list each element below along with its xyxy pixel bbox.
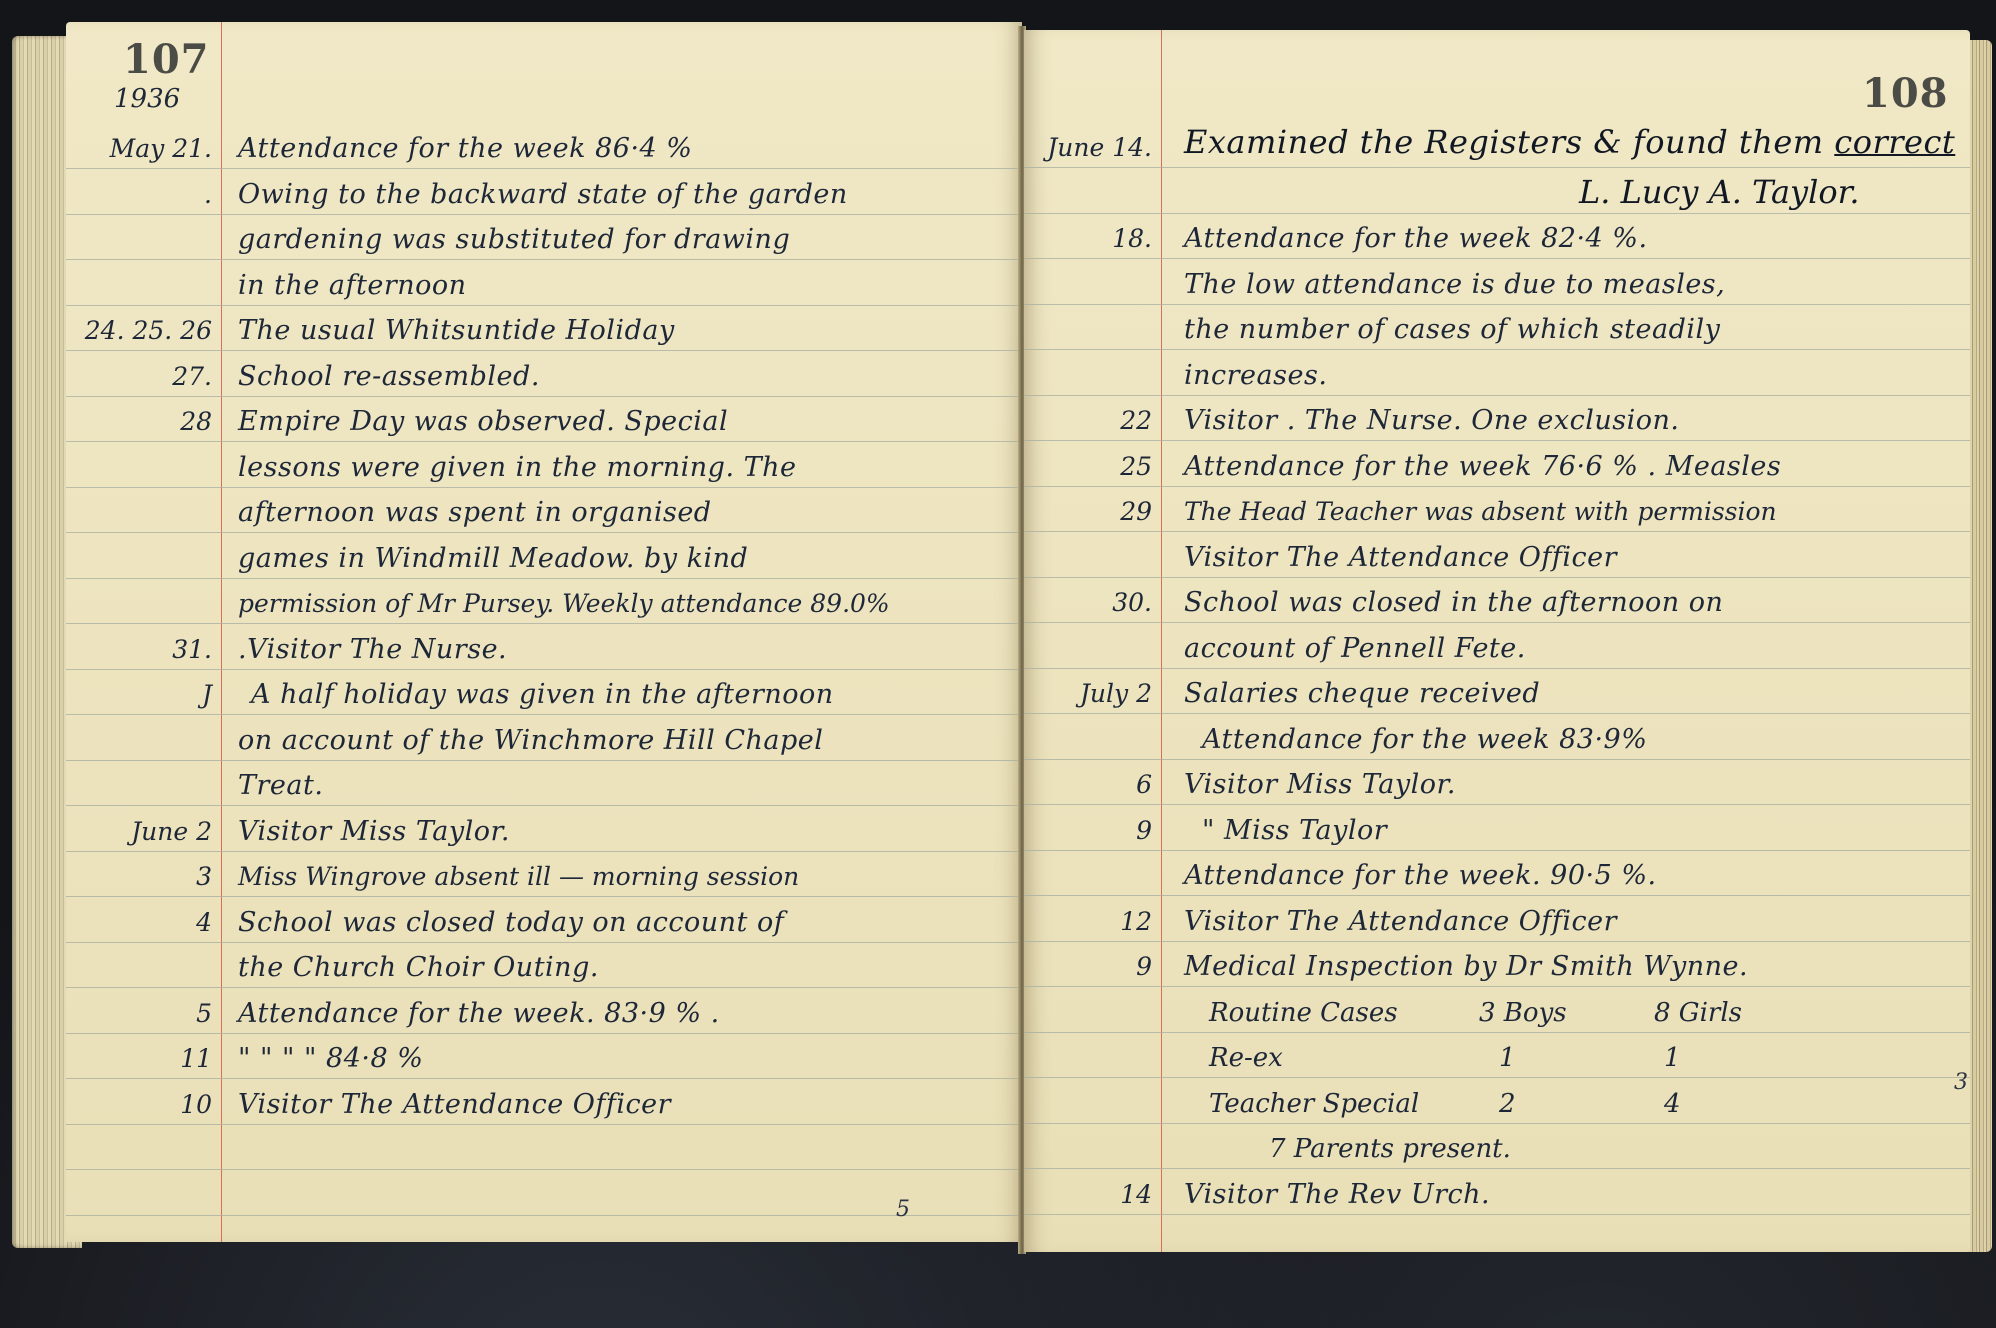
boys-count: 2 [1499, 1089, 1516, 1119]
entry-text: Visitor . The Nurse. One exclusion. [1184, 406, 1679, 436]
entry-text: Visitor Miss Taylor. [1184, 770, 1456, 800]
footer-mark: 5 [896, 1197, 910, 1222]
entry-text: Visitor The Attendance Officer [238, 1090, 671, 1120]
entry-text: Attendance for the week 83·9% [1202, 725, 1647, 755]
log-entry: 31..Visitor The Nurse. [66, 635, 1022, 675]
ruled-line [66, 1169, 1022, 1170]
ruled-line [1024, 1123, 1970, 1124]
log-entry: 5Attendance for the week. 83·9 % . [66, 999, 1022, 1039]
entry-text: on account of the Winchmore Hill Chapel [238, 726, 823, 756]
entry-date: 9 [1024, 816, 1152, 846]
entry-text: games in Windmill Meadow. by kind [238, 544, 748, 574]
entry-text: the Church Choir Outing. [238, 953, 599, 983]
log-entry: permission of Mr Pursey. Weekly attendan… [66, 589, 1022, 629]
entry-text: Medical Inspection by Dr Smith Wynne. [1184, 952, 1748, 982]
entry-date: 29 [1024, 497, 1152, 527]
log-entry: 24. 25. 26The usual Whitsuntide Holiday [66, 316, 1022, 356]
entry-date: 27. [66, 362, 212, 392]
log-entry: 9" Miss Taylor [1024, 816, 1970, 856]
entry-text: Empire Day was observed. Special [238, 407, 728, 437]
log-entry: 18.Attendance for the week 82·4 %. [1024, 224, 1970, 264]
log-entry: 27.School re-assembled. [66, 362, 1022, 402]
entry-text: Visitor The Attendance Officer [1184, 907, 1617, 937]
entry-text: Visitor Miss Taylor. [238, 817, 510, 847]
girls-count: 1 [1664, 1043, 1681, 1073]
log-entry: June 2Visitor Miss Taylor. [66, 817, 1022, 857]
entry-date: 9 [1024, 952, 1152, 982]
ruled-line [1024, 1077, 1970, 1078]
log-entry: in the afternoon [66, 271, 1022, 311]
log-entry: 28Empire Day was observed. Special [66, 407, 1022, 447]
year-label: 1936 [114, 84, 180, 114]
log-entry: gardening was substituted for drawing [66, 225, 1022, 265]
entry-text: increases. [1184, 361, 1327, 391]
entry-date: June 14. [1024, 133, 1152, 163]
entry-date: May 21. [66, 134, 212, 164]
entry-date: 30. [1024, 588, 1152, 618]
table-row-label: Teacher Special [1209, 1089, 1419, 1119]
log-entry: 11" " " " 84·8 % [66, 1044, 1022, 1084]
boys-count: 3 Boys [1479, 998, 1567, 1028]
entry-date: 5 [66, 999, 212, 1029]
entry-text: the number of cases of which steadily [1184, 315, 1720, 345]
entry-date: 14 [1024, 1180, 1152, 1210]
log-entry: Attendance for the week. 90·5 %. [1024, 861, 1970, 901]
entry-text: Attendance for the week. 83·9 % . [238, 999, 720, 1029]
log-entry: account of Pennell Fete. [1024, 634, 1970, 674]
entry-text: Miss Wingrove absent ill — morning sessi… [238, 862, 799, 892]
entry-date: 24. 25. 26 [66, 316, 212, 346]
entry-text: Treat. [238, 771, 323, 801]
entry-date: 25 [1024, 452, 1152, 482]
log-entry: lessons were given in the morning. The [66, 453, 1022, 493]
left-page: 107 1936 May 21.Attendance for the week … [66, 22, 1022, 1242]
log-entry: Visitor The Attendance Officer [1024, 543, 1970, 583]
entry-text: School re-assembled. [238, 362, 540, 392]
entry-text: Owing to the backward state of the garde… [238, 180, 848, 210]
girls-count: 4 [1664, 1089, 1681, 1119]
log-entry: 30.School was closed in the afternoon on [1024, 588, 1970, 628]
log-entry: May 21.Attendance for the week 86·4 % [66, 134, 1022, 174]
entry-text: The usual Whitsuntide Holiday [238, 316, 675, 346]
log-entry: 9Medical Inspection by Dr Smith Wynne. [1024, 952, 1970, 992]
log-entry: .Owing to the backward state of the gard… [66, 180, 1022, 220]
entry-text: account of Pennell Fete. [1184, 634, 1526, 664]
girls-count: 8 Girls [1654, 998, 1742, 1028]
entry-date: 31. [66, 635, 212, 665]
entry-text: Salaries cheque received [1184, 679, 1540, 709]
entry-date: 11 [66, 1044, 212, 1074]
log-entry: 29The Head Teacher was absent with permi… [1024, 497, 1970, 537]
ruled-line [1024, 1168, 1970, 1169]
entry-date: 3 [66, 862, 212, 892]
ruled-line [66, 1215, 1022, 1216]
table-row-label: Re-ex [1209, 1043, 1283, 1073]
entry-text: " Miss Taylor [1202, 816, 1387, 846]
entry-text: Attendance for the week. 90·5 %. [1184, 861, 1657, 891]
entry-date: July 2 [1024, 679, 1152, 709]
entry-date: J [66, 680, 212, 710]
page-number: 108 [1862, 70, 1949, 117]
log-entry: afternoon was spent in organised [66, 498, 1022, 538]
log-entry: Treat. [66, 771, 1022, 811]
entry-text: A half holiday was given in the afternoo… [251, 680, 834, 710]
entry-text: Visitor The Attendance Officer [1184, 543, 1617, 573]
entry-date: 4 [66, 908, 212, 938]
entry-date: 18. [1024, 224, 1152, 254]
ruled-line [1024, 213, 1970, 214]
entry-text: The Head Teacher was absent with permiss… [1184, 497, 1777, 527]
log-entry: 3Miss Wingrove absent ill — morning sess… [66, 862, 1022, 902]
entry-text: The low attendance is due to measles, [1184, 270, 1725, 300]
entry-date: 6 [1024, 770, 1152, 800]
entry-text: lessons were given in the morning. The [238, 453, 797, 483]
entry-text: in the afternoon [238, 271, 467, 301]
entry-text: Attendance for the week 86·4 % [238, 134, 692, 164]
entry-date: 22 [1024, 406, 1152, 436]
log-entry: 12Visitor The Attendance Officer [1024, 907, 1970, 947]
entry-date: June 2 [66, 817, 212, 847]
boys-count: 1 [1499, 1043, 1516, 1073]
log-entry: 25Attendance for the week 76·6 % . Measl… [1024, 452, 1970, 492]
log-entry: July 2Salaries cheque received [1024, 679, 1970, 719]
entry-text: gardening was substituted for drawing [238, 225, 790, 255]
entry-date: 10 [66, 1090, 212, 1120]
log-entry: 6Visitor Miss Taylor. [1024, 770, 1970, 810]
underlined-word: correct [1834, 123, 1955, 161]
ruled-line [1024, 1032, 1970, 1033]
log-entry: 10Visitor The Attendance Officer [66, 1090, 1022, 1130]
entry-date: 28 [66, 407, 212, 437]
right-page: 108 June 14.Examined the Registers & fou… [1024, 30, 1970, 1252]
log-entry: increases. [1024, 361, 1970, 401]
entry-text: Examined the Registers & found them corr… [1184, 127, 1955, 157]
log-entry: June 14.Examined the Registers & found t… [1024, 133, 1970, 173]
entry-text: School was closed today on account of [238, 908, 784, 938]
entry-text: Visitor The Rev Urch. [1184, 1180, 1490, 1210]
page-number: 107 [123, 36, 210, 83]
entry-text: Attendance for the week 82·4 %. [1184, 224, 1648, 254]
parents-present-note: 7 Parents present. [1269, 1134, 1511, 1164]
signature: L. Lucy A. Taylor. [1579, 173, 1860, 211]
log-entry: the number of cases of which steadily [1024, 315, 1970, 355]
entry-text: .Visitor The Nurse. [238, 635, 507, 665]
log-entry: The low attendance is due to measles, [1024, 270, 1970, 310]
entry-text: Attendance for the week 76·6 % . Measles [1184, 452, 1781, 482]
table-row-label: Routine Cases [1209, 998, 1398, 1028]
log-entry: on account of the Winchmore Hill Chapel [66, 726, 1022, 766]
log-entry: games in Windmill Meadow. by kind [66, 544, 1022, 584]
log-entry: Attendance for the week 83·9% [1024, 725, 1970, 765]
entry-text: permission of Mr Pursey. Weekly attendan… [238, 589, 890, 619]
edge-mark: 3 [1954, 1070, 1968, 1095]
entry-text: afternoon was spent in organised [238, 498, 712, 528]
entry-text: School was closed in the afternoon on [1184, 588, 1723, 618]
entry-date: . [66, 180, 212, 210]
log-entry: 22Visitor . The Nurse. One exclusion. [1024, 406, 1970, 446]
log-entry: the Church Choir Outing. [66, 953, 1022, 993]
log-entry: JA half holiday was given in the afterno… [66, 680, 1022, 720]
entry-date: 12 [1024, 907, 1152, 937]
entry-text: " " " " 84·8 % [238, 1044, 423, 1074]
log-entry: 14Visitor The Rev Urch. [1024, 1180, 1970, 1220]
log-entry: 4School was closed today on account of [66, 908, 1022, 948]
